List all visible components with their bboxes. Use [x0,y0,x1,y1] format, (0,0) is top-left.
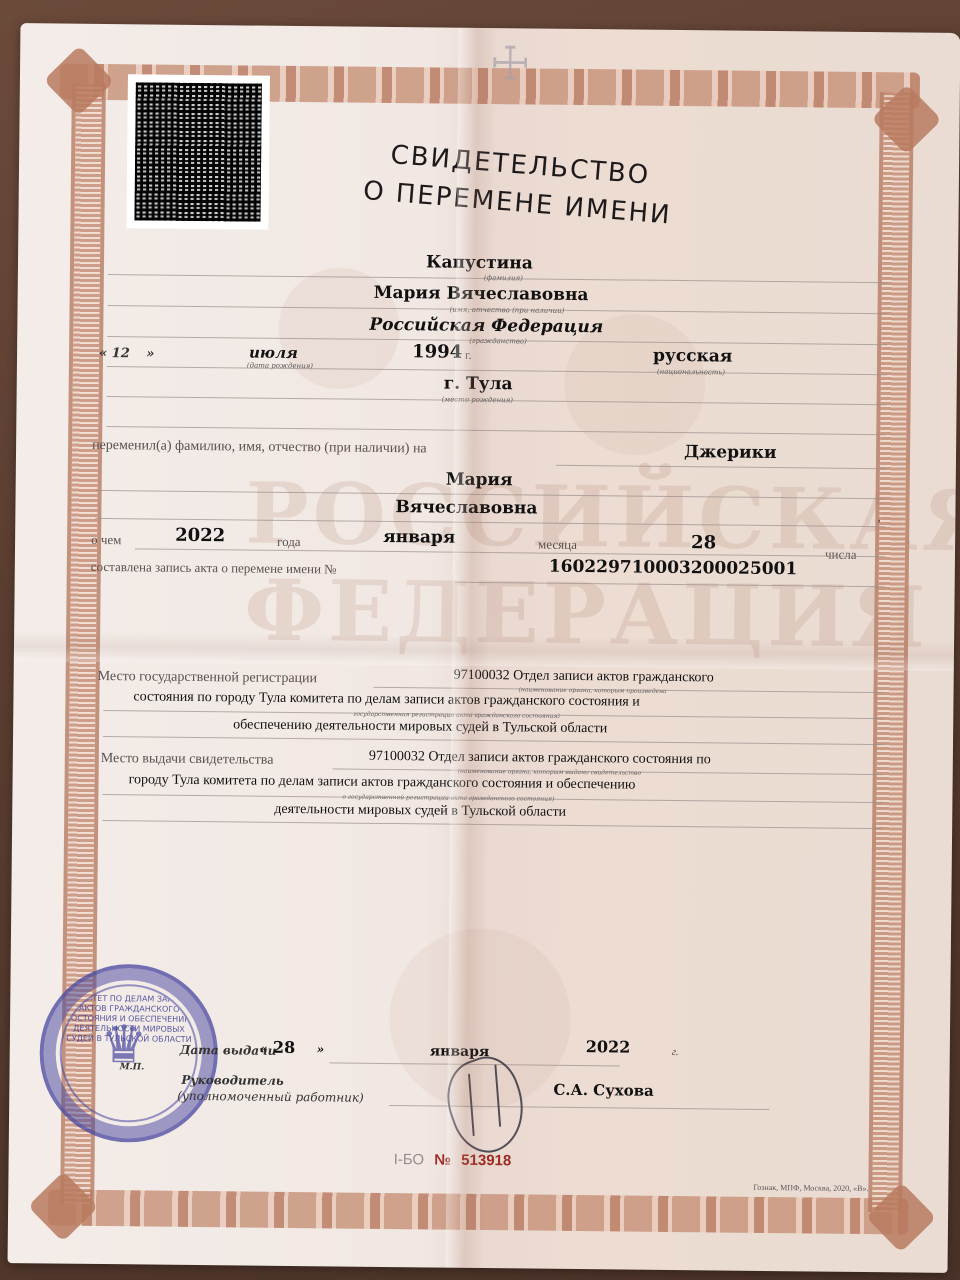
about-label: о чем [91,532,121,548]
record-year-value: 2022 [175,525,225,547]
quote-close: » [317,1042,325,1056]
issue-year-value: 2022 [586,1037,631,1056]
record-number-value: 160229710003200025001 [549,557,798,580]
birth-month-value: июля [249,344,298,363]
stamp-place-label: М.П. [120,1062,145,1072]
signatory-name: С.А. Сухова [553,1081,654,1100]
birth-day-value: 12 [112,346,130,361]
quote-close: » [146,346,154,361]
nationality-value: русская [653,346,733,367]
issue-place-line3: деятельности мировых судей в Тульской об… [274,802,566,821]
quote-open: « [99,346,107,361]
record-label: составлена запись акта о перемене имени … [91,559,337,578]
qr-code-icon [134,82,261,221]
comma: , [877,510,881,526]
registration-place-label: Место государственной регистрации [98,669,318,687]
month-label: месяца [538,537,577,553]
head-label: Руководитель [181,1073,283,1088]
issue-place-label: Место выдачи свидетельства [101,751,274,769]
new-surname-value: Джерики [684,442,777,463]
series-value: I-БО [394,1151,425,1168]
issue-year-suffix: г. [672,1046,679,1058]
certificate-sheet: РОССИЙСКАЯ ФЕДЕРАЦИЯ ☩ СВИДЕТЕЛЬСТВО О П… [8,23,960,1273]
qr-code [126,74,270,229]
printer-imprint: Гознак, МПФ, Москва, 2020, «В». [753,1183,868,1193]
head-caption: (уполномоченный работник) [177,1089,364,1105]
year-label: года [277,534,301,550]
quote-open: « [260,1042,268,1056]
record-day-value: 28 [691,532,716,553]
registration-place-line1: 97100032 Отдел записи актов гражданского [454,668,714,687]
issue-day-value: 28 [273,1038,295,1057]
record-month-value: января [383,527,455,548]
